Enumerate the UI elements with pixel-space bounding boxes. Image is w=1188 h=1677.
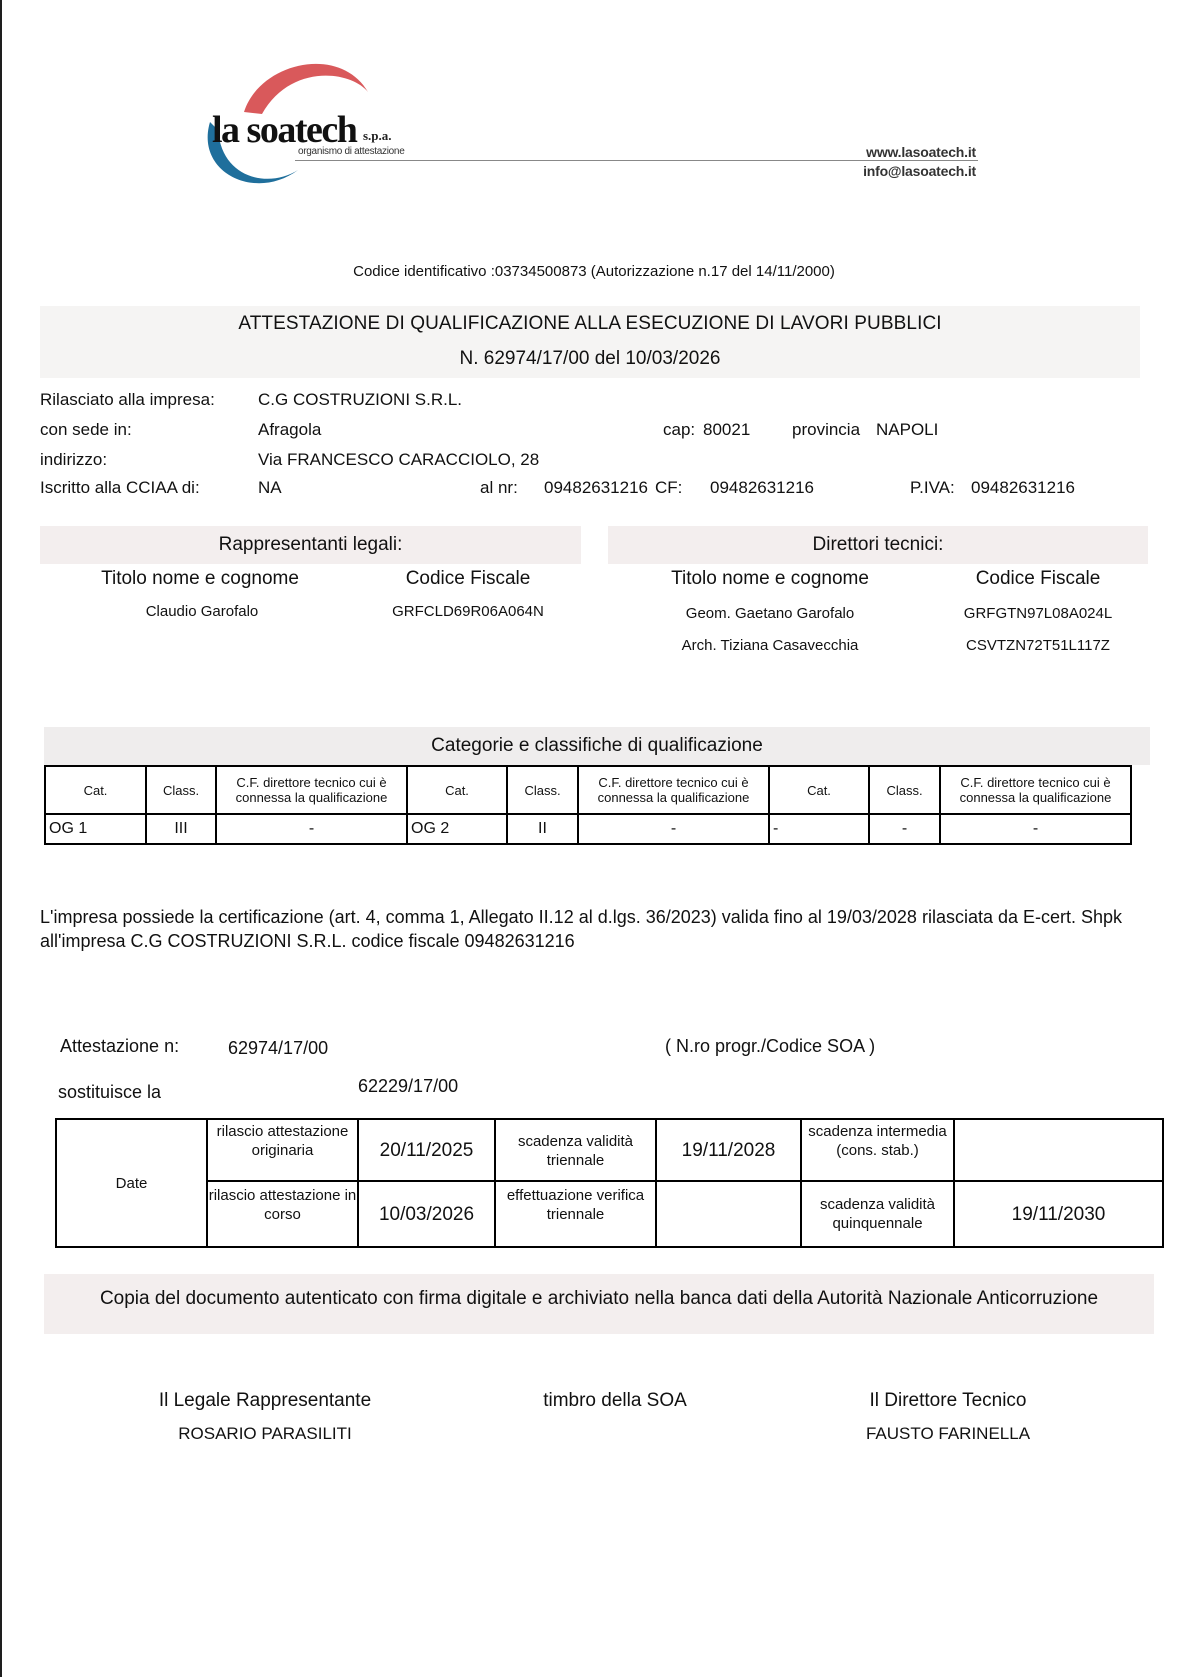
header-cell: Cat. — [769, 766, 869, 814]
provincia-label: provincia — [792, 420, 860, 440]
scadenza-intermedia-value — [954, 1119, 1163, 1181]
table-row: OG 1 III - OG 2 II - - - - — [45, 814, 1131, 844]
direttore-cf: CSVTZN72T51L117Z — [966, 637, 1110, 654]
cap-value: 80021 — [703, 420, 750, 440]
logo-suffix: s.p.a. — [363, 128, 392, 144]
cat-cell: - — [769, 814, 869, 844]
cf-cell: - — [216, 814, 407, 844]
scadenza-quinquennale-label: scadenza validità quinquennale — [801, 1181, 954, 1247]
header-cell: Cat. — [407, 766, 507, 814]
cf-cell: - — [940, 814, 1131, 844]
rappresentanti-header: Rappresentanti legali: — [40, 526, 581, 564]
date-table: Date rilascio attestazione originaria 20… — [55, 1118, 1164, 1248]
attestazione-note: ( N.ro progr./Codice SOA ) — [665, 1036, 875, 1057]
attestazione-value: 62974/17/00 — [228, 1038, 328, 1059]
attestazione-label: Attestazione n: — [60, 1036, 179, 1057]
document-title-box: ATTESTAZIONE DI QUALIFICAZIONE ALLA ESEC… — [40, 306, 1140, 378]
document-title: ATTESTAZIONE DI QUALIFICAZIONE ALLA ESEC… — [40, 306, 1140, 335]
scadenza-intermedia-label: scadenza intermedia (cons. stab.) — [801, 1119, 954, 1181]
sostituisce-label: sostituisce la — [58, 1082, 161, 1103]
indirizzo-label: indirizzo: — [40, 450, 107, 470]
sostituisce-value: 62229/17/00 — [358, 1076, 458, 1097]
header-cell: Class. — [146, 766, 216, 814]
rappresentante-name: Claudio Garofalo — [146, 603, 259, 620]
header-cell: Class. — [507, 766, 578, 814]
timbro-label: timbro della SOA — [543, 1390, 687, 1412]
sede-label: con sede in: — [40, 420, 132, 440]
scadenza-quinquennale-value: 19/11/2030 — [954, 1181, 1163, 1247]
direttore-label: Il Direttore Tecnico — [870, 1390, 1027, 1412]
table-header-row: Cat. Class. C.F. direttore tecnico cui è… — [45, 766, 1131, 814]
rilascio-corso-label: rilascio attestazione in corso — [207, 1181, 358, 1247]
nr-value: 09482631216 — [544, 478, 648, 498]
header-cell: Cat. — [45, 766, 146, 814]
cciaa-label: Iscritto alla CCIAA di: — [40, 478, 200, 498]
class-cell: II — [507, 814, 578, 844]
cat-cell: OG 1 — [45, 814, 146, 844]
scadenza-triennale-label: scadenza validità triennale — [495, 1119, 656, 1181]
copia-note: Copia del documento autenticato con firm… — [44, 1274, 1154, 1334]
categorie-header: Categorie e classifiche di qualificazion… — [44, 727, 1150, 765]
sede-value: Afragola — [258, 420, 321, 440]
document-number: N. 62974/17/00 del 10/03/2026 — [40, 335, 1140, 370]
direttore-cf: GRFGTN97L08A024L — [964, 605, 1112, 622]
nr-label: al nr: — [480, 478, 518, 498]
verifica-triennale-label: effettuazione verifica triennale — [495, 1181, 656, 1247]
scadenza-triennale-value: 19/11/2028 — [656, 1119, 801, 1181]
header-cell: Class. — [869, 766, 940, 814]
legale-label: Il Legale Rappresentante — [159, 1390, 371, 1412]
verifica-triennale-value — [656, 1181, 801, 1247]
logo-tagline: organismo di attestazione — [298, 146, 404, 157]
rilasciato-value: C.G COSTRUZIONI S.R.L. — [258, 390, 462, 410]
indirizzo-value: Via FRANCESCO CARACCIOLO, 28 — [258, 450, 539, 470]
provincia-value: NAPOLI — [876, 420, 938, 440]
rilasciato-label: Rilasciato alla impresa: — [40, 390, 215, 410]
date-label: Date — [56, 1119, 207, 1247]
rilascio-originaria-value: 20/11/2025 — [358, 1119, 495, 1181]
direttore-sign-name: FAUSTO FARINELLA — [866, 1424, 1030, 1444]
page-left-edge — [0, 0, 2, 1677]
cf-value: 09482631216 — [710, 478, 814, 498]
direttori-col-name: Titolo nome e cognome — [671, 568, 869, 590]
cf-cell: - — [578, 814, 769, 844]
table-row: Date rilascio attestazione originaria 20… — [56, 1119, 1163, 1181]
class-cell: III — [146, 814, 216, 844]
rappresentante-cf: GRFCLD69R06A064N — [392, 603, 544, 620]
rappresentanti-col-cf: Codice Fiscale — [406, 568, 531, 590]
cap-label: cap: — [663, 420, 695, 440]
website-link[interactable]: www.lasoatech.it — [863, 143, 976, 162]
direttore-name: Arch. Tiziana Casavecchia — [682, 637, 859, 654]
email-link[interactable]: info@lasoatech.it — [863, 162, 976, 181]
certificazione-text: L'impresa possiede la certificazione (ar… — [40, 905, 1150, 953]
piva-label: P.IVA: — [910, 478, 955, 498]
direttori-col-cf: Codice Fiscale — [976, 568, 1101, 590]
legale-name: ROSARIO PARASILITI — [178, 1424, 352, 1444]
categorie-table: Cat. Class. C.F. direttore tecnico cui è… — [44, 765, 1132, 845]
direttori-header: Direttori tecnici: — [608, 526, 1148, 564]
direttore-name: Geom. Gaetano Garofalo — [686, 605, 854, 622]
rappresentanti-col-name: Titolo nome e cognome — [101, 568, 299, 590]
header-cell: C.F. direttore tecnico cui è connessa la… — [578, 766, 769, 814]
table-row: rilascio attestazione in corso 10/03/202… — [56, 1181, 1163, 1247]
cat-cell: OG 2 — [407, 814, 507, 844]
rilascio-originaria-label: rilascio attestazione originaria — [207, 1119, 358, 1181]
class-cell: - — [869, 814, 940, 844]
codice-identificativo: Codice identificativo :03734500873 (Auto… — [0, 263, 1188, 280]
cciaa-value: NA — [258, 478, 282, 498]
cf-label: CF: — [655, 478, 682, 498]
rilascio-corso-value: 10/03/2026 — [358, 1181, 495, 1247]
header-cell: C.F. direttore tecnico cui è connessa la… — [940, 766, 1131, 814]
contact-block: www.lasoatech.it info@lasoatech.it — [863, 143, 976, 181]
header-cell: C.F. direttore tecnico cui è connessa la… — [216, 766, 407, 814]
piva-value: 09482631216 — [971, 478, 1075, 498]
